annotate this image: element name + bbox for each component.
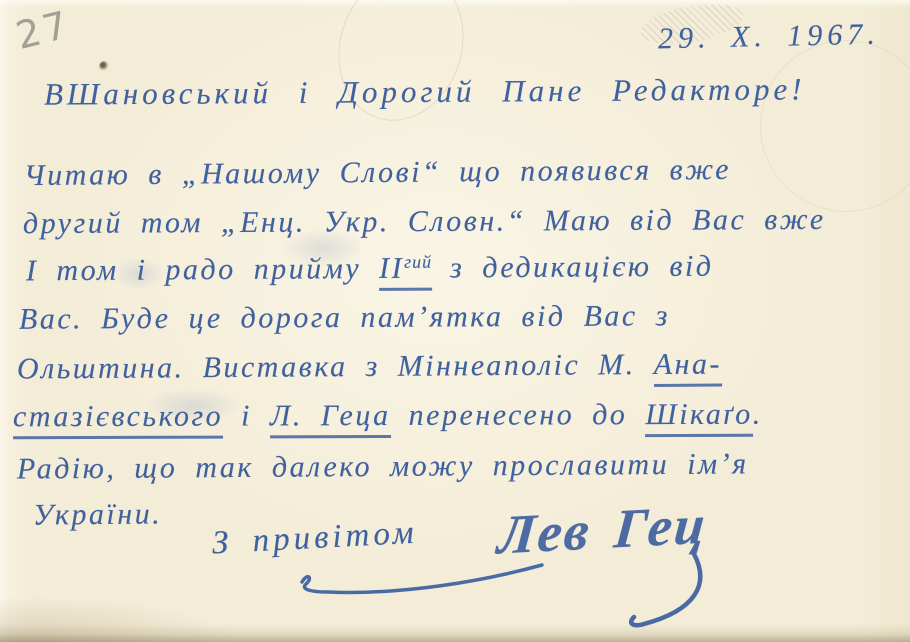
ordinal-superscript: гий xyxy=(404,252,432,272)
line-text: з дедикацією від xyxy=(432,250,714,285)
line-text: . xyxy=(753,398,763,431)
paper-ring-mark xyxy=(760,40,910,212)
letter-line: України. xyxy=(33,497,163,542)
letter-line: Читаю в „Нашому Слові“ що появився вже xyxy=(24,153,731,203)
letter-closing: З привітом xyxy=(211,515,418,563)
letter-date: 29. X. 1967. xyxy=(658,18,880,57)
roman-numeral: ІІ xyxy=(379,252,404,285)
underlined-roman-numeral: ІІгий xyxy=(379,252,432,291)
letter-line: Вас. Буде це дорога памʼятка від Вас з xyxy=(19,299,670,346)
letter-line: стазієвського і Л. Геца перенесено до Ші… xyxy=(13,398,763,445)
line-text: Ольштина. Виставка з Міннеаполіс М. xyxy=(17,348,654,385)
underlined-place-name: Шікаґо xyxy=(645,398,752,437)
letter-line: Ольштина. Виставка з Міннеаполіс М. Ана- xyxy=(17,348,722,397)
line-text: і xyxy=(223,399,270,432)
letter-line: І том і радо прийму ІІгий з дедикацією в… xyxy=(26,250,714,299)
line-text: другий том „Енц. Укр. Словн.“ Маю від Ва… xyxy=(23,203,826,240)
line-text: І том і радо прийму xyxy=(26,252,379,287)
signature-flourish-tail xyxy=(600,550,720,635)
line-text: Радію, що так далеко можу прославити імʼ… xyxy=(17,447,749,485)
paper-ring-mark xyxy=(320,0,483,137)
line-text: Вас. Буде це дорога памʼятка від Вас з xyxy=(19,299,670,335)
pencil-page-number: 27 xyxy=(11,2,74,58)
underlined-name-part: стазієвського xyxy=(13,400,223,440)
letter-salutation: ВШановський і Дорогий Пане Редакторе! xyxy=(44,71,806,112)
underlined-name: Л. Геца xyxy=(270,399,391,438)
line-text: Читаю в „Нашому Слові“ що появився вже xyxy=(24,153,731,192)
letter-scan: 27 29. X. 1967. ВШановський і Дорогий Па… xyxy=(0,0,910,642)
underlined-name-part: Ана- xyxy=(654,348,722,387)
line-text: України. xyxy=(33,497,162,531)
paper-stain-dot xyxy=(99,61,109,71)
letter-line: другий том „Енц. Укр. Словн.“ Маю від Ва… xyxy=(23,203,826,251)
scan-bottom-shadow xyxy=(0,624,910,642)
line-text: перенесено до xyxy=(391,398,646,432)
letter-line: Радію, що так далеко можу прославити імʼ… xyxy=(17,447,749,496)
